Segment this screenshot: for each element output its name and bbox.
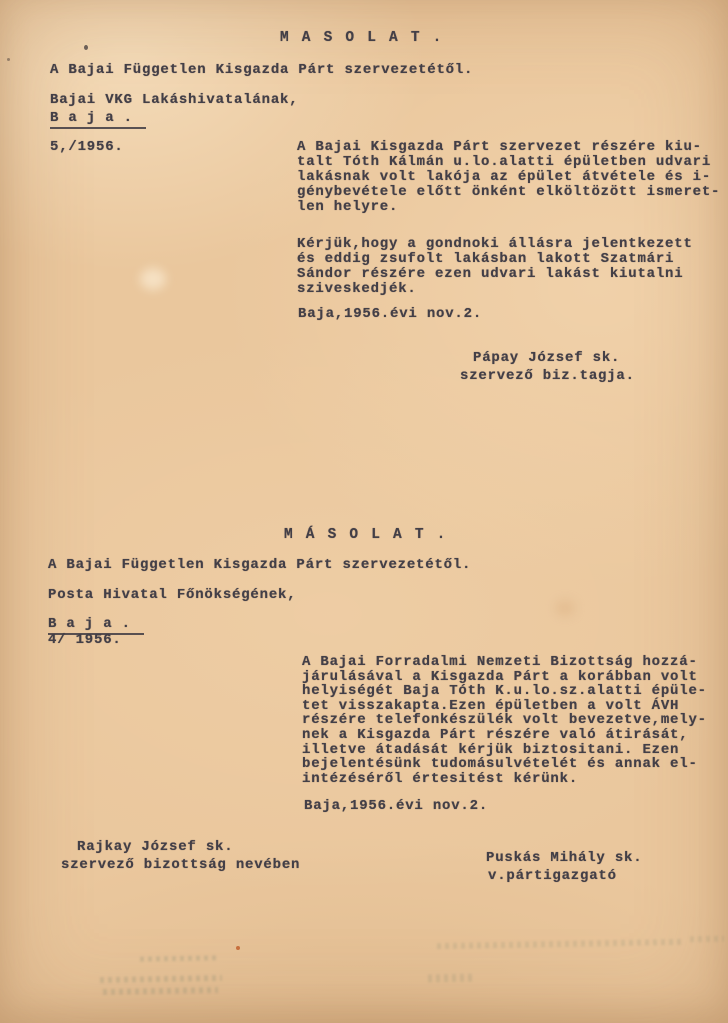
- body-line: talt Tóth Kálmán u.lo.alatti épületben u…: [297, 155, 711, 170]
- signature-name: Rajkay József sk.: [77, 840, 233, 855]
- paper-stain: [555, 600, 575, 616]
- body-line: len helyre.: [297, 200, 398, 215]
- reference-number: 5,/1956.: [50, 140, 124, 155]
- dateline: Baja,1956.évi nov.2.: [298, 307, 482, 322]
- ink-speck: [7, 58, 10, 61]
- signature-title: szervező biz.tagja.: [460, 369, 635, 384]
- signature-title: v.pártigazgató: [488, 869, 617, 884]
- rust-speck: [236, 946, 240, 950]
- paper-stain: [140, 268, 166, 290]
- body-line: lakásnak volt lakója az épület átvétele …: [297, 170, 711, 185]
- body-line: Sándor részére ezen udvari lakást kiutal…: [297, 267, 683, 282]
- bleedthrough-stamp: [690, 936, 724, 943]
- recipient-line: Bajai VKG Lakáshivatalának,: [50, 93, 298, 108]
- city-line: B a j a .: [50, 111, 146, 129]
- bleedthrough-stamp: [140, 955, 218, 961]
- body-line: részére telefonkészülék volt bevezetve,m…: [302, 713, 707, 728]
- body-line: A Bajai Kisgazda Párt szervezet részére …: [297, 140, 702, 155]
- signature-name: Pápay József sk.: [473, 351, 620, 366]
- body-line: génybevétele előtt önként elköltözött is…: [297, 185, 720, 200]
- reference-number: 4/ 1956.: [48, 633, 122, 648]
- ink-speck: [84, 45, 88, 50]
- body-line: A Bajai Forradalmi Nemzeti Bizottság hoz…: [302, 655, 698, 670]
- body-line: helyiségét Baja Tóth K.u.lo.sz.alatti ép…: [302, 684, 707, 699]
- copy-heading: M A S O L A T .: [280, 31, 444, 46]
- body-line: nek a Kisgazda Párt részére való átirásá…: [302, 728, 688, 743]
- recipient-line: Posta Hivatal Főnökségének,: [48, 588, 296, 603]
- bleedthrough-stamp: [100, 975, 222, 983]
- sender-line: A Bajai Független Kisgazda Párt szerveze…: [48, 558, 471, 573]
- dateline: Baja,1956.évi nov.2.: [304, 799, 488, 814]
- signature-name: Puskás Mihály sk.: [486, 851, 642, 866]
- body-line: intézéséről értesitést kérünk.: [302, 772, 578, 787]
- body-line: bejelentésünk tudomásulvételét és annak …: [302, 757, 698, 772]
- scanned-document-page: M A S O L A T . A Bajai Független Kisgaz…: [0, 0, 728, 1023]
- bleedthrough-stamp: [428, 974, 474, 983]
- body-line: és eddig zsufolt lakásban lakott Szatmár…: [297, 252, 674, 267]
- signature-title: szervező bizottság nevében: [61, 858, 300, 873]
- bleedthrough-stamp: [103, 987, 218, 995]
- body-line: sziveskedjék.: [297, 282, 417, 297]
- sender-line: A Bajai Független Kisgazda Párt szerveze…: [50, 63, 473, 78]
- bleedthrough-stamp: [437, 939, 683, 949]
- body-line: Kérjük,hogy a gondnoki állásra jelentkez…: [297, 237, 693, 252]
- copy-heading: M Á S O L A T .: [284, 528, 448, 543]
